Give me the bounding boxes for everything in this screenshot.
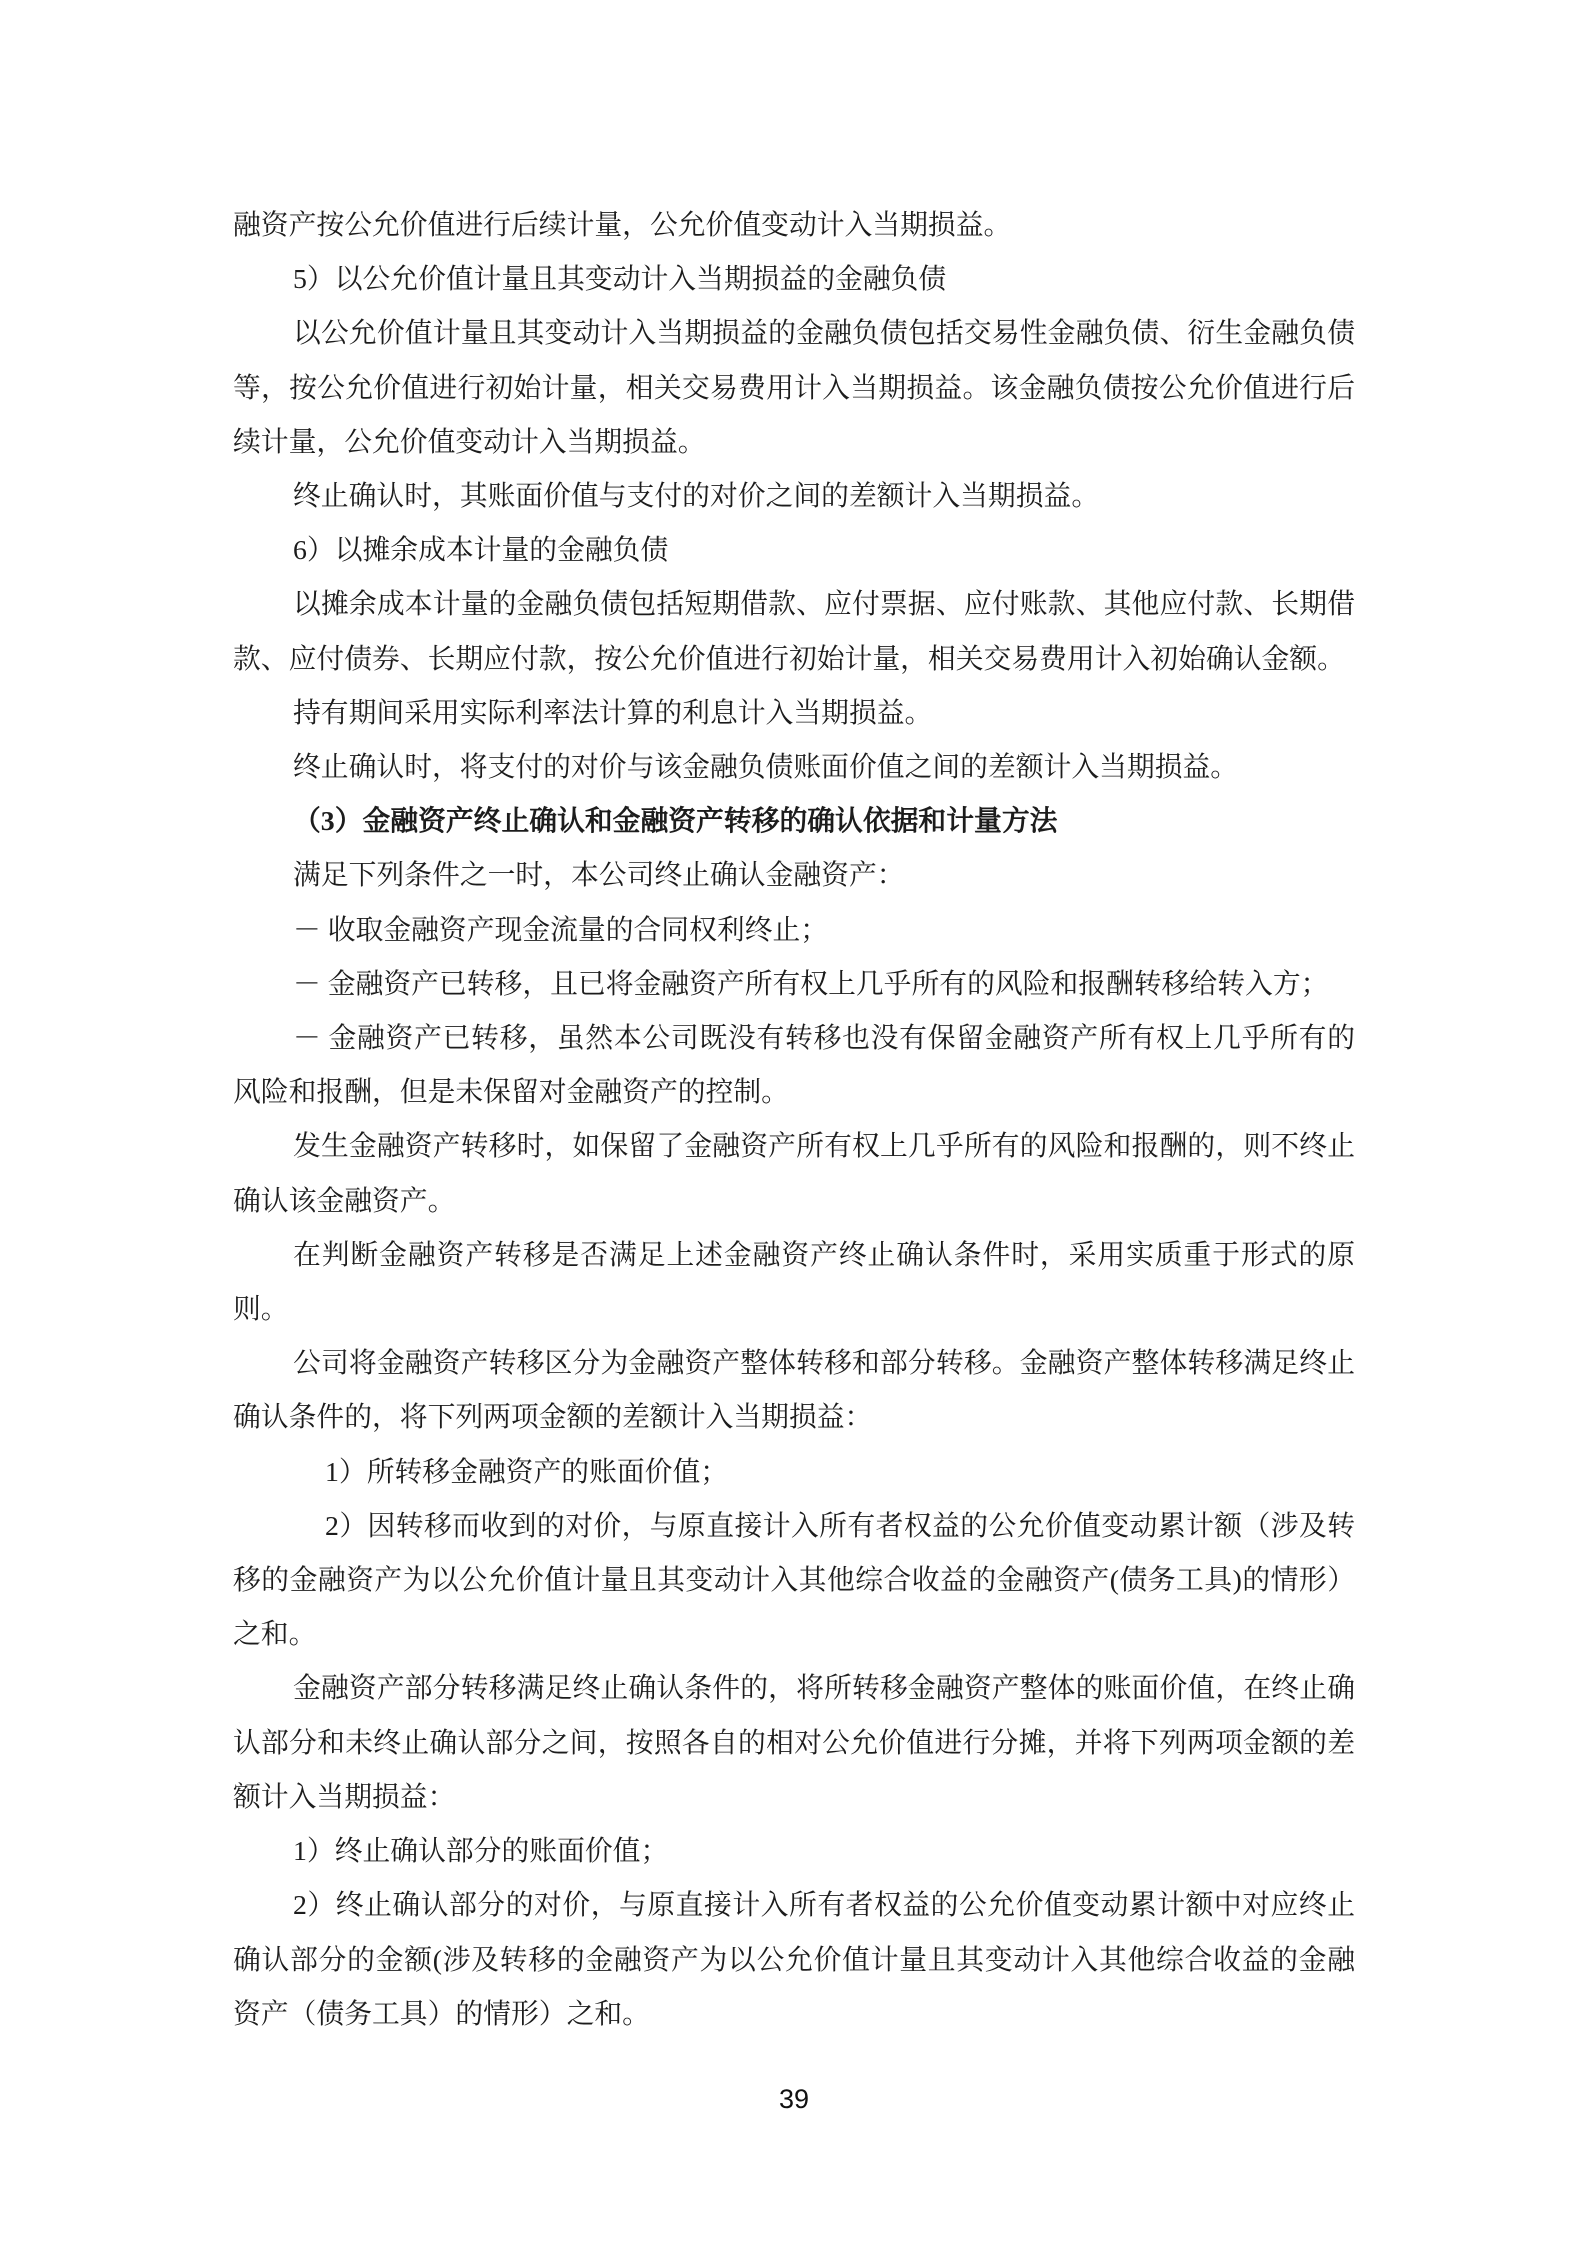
text-line: 以摊余成本计量的金融负债包括短期借款、应付票据、应付账款、其他应付款、长期借 — [233, 578, 1355, 632]
text-line: 确认该金融资产。 — [233, 1175, 1355, 1229]
text-line: 认部分和未终止确认部分之间，按照各自的相对公允价值进行分摊，并将下列两项金额的差 — [233, 1717, 1355, 1771]
text-line: 持有期间采用实际利率法计算的利息计入当期损益。 — [233, 687, 1355, 741]
text-line: 满足下列条件之一时，本公司终止确认金融资产： — [233, 849, 1355, 903]
text-line: 款、应付债券、长期应付款，按公允价值进行初始计量，相关交易费用计入初始确认金额。 — [233, 633, 1355, 687]
text-line: 终止确认时，其账面价值与支付的对价之间的差额计入当期损益。 — [233, 470, 1355, 524]
text-line: 以公允价值计量且其变动计入当期损益的金融负债包括交易性金融负债、衍生金融负债 — [233, 307, 1355, 361]
text-line: 移的金融资产为以公允价值计量且其变动计入其他综合收益的金融资产(债务工具)的情形… — [233, 1554, 1355, 1608]
text-line: － 金融资产已转移，且已将金融资产所有权上几乎所有的风险和报酬转移给转入方； — [233, 958, 1355, 1012]
text-line: 金融资产部分转移满足终止确认条件的，将所转移金融资产整体的账面价值，在终止确 — [233, 1662, 1355, 1716]
text-line: 2）因转移而收到的对价，与原直接计入所有者权益的公允价值变动累计额（涉及转 — [233, 1500, 1355, 1554]
text-line: 等，按公允价值进行初始计量，相关交易费用计入当期损益。该金融负债按公允价值进行后 — [233, 362, 1355, 416]
text-line: 在判断金融资产转移是否满足上述金融资产终止确认条件时，采用实质重于形式的原 — [233, 1229, 1355, 1283]
text-line: 续计量，公允价值变动计入当期损益。 — [233, 416, 1355, 470]
text-line: 资产（债务工具）的情形）之和。 — [233, 1988, 1355, 2042]
text-line: 风险和报酬，但是未保留对金融资产的控制。 — [233, 1066, 1355, 1120]
text-line: 6）以摊余成本计量的金融负债 — [233, 524, 1355, 578]
text-line: 1）终止确认部分的账面价值； — [233, 1825, 1355, 1879]
text-line: 融资产按公允价值进行后续计量，公允价值变动计入当期损益。 — [233, 199, 1355, 253]
text-line: 额计入当期损益： — [233, 1771, 1355, 1825]
page-number: 39 — [779, 2084, 809, 2114]
document-body: 融资产按公允价值进行后续计量，公允价值变动计入当期损益。5）以公允价值计量且其变… — [233, 199, 1355, 2042]
section-heading: （3）金融资产终止确认和金融资产转移的确认依据和计量方法 — [233, 795, 1355, 849]
page-footer: 39 — [233, 2083, 1355, 2115]
text-line: 公司将金融资产转移区分为金融资产整体转移和部分转移。金融资产整体转移满足终止 — [233, 1337, 1355, 1391]
text-line: 确认条件的，将下列两项金额的差额计入当期损益： — [233, 1391, 1355, 1445]
text-line: 则。 — [233, 1283, 1355, 1337]
text-line: － 金融资产已转移，虽然本公司既没有转移也没有保留金融资产所有权上几乎所有的 — [233, 1012, 1355, 1066]
text-line: 2）终止确认部分的对价，与原直接计入所有者权益的公允价值变动累计额中对应终止 — [233, 1879, 1355, 1933]
text-line: － 收取金融资产现金流量的合同权利终止； — [233, 904, 1355, 958]
text-line: 1）所转移金融资产的账面价值； — [233, 1446, 1355, 1500]
text-line: 之和。 — [233, 1608, 1355, 1662]
text-line: 发生金融资产转移时，如保留了金融资产所有权上几乎所有的风险和报酬的，则不终止 — [233, 1120, 1355, 1174]
document-page: 融资产按公允价值进行后续计量，公允价值变动计入当期损益。5）以公允价值计量且其变… — [0, 0, 1587, 2245]
text-line: 终止确认时，将支付的对价与该金融负债账面价值之间的差额计入当期损益。 — [233, 741, 1355, 795]
text-line: 5）以公允价值计量且其变动计入当期损益的金融负债 — [233, 253, 1355, 307]
text-line: 确认部分的金额(涉及转移的金融资产为以公允价值计量且其变动计入其他综合收益的金融 — [233, 1934, 1355, 1988]
